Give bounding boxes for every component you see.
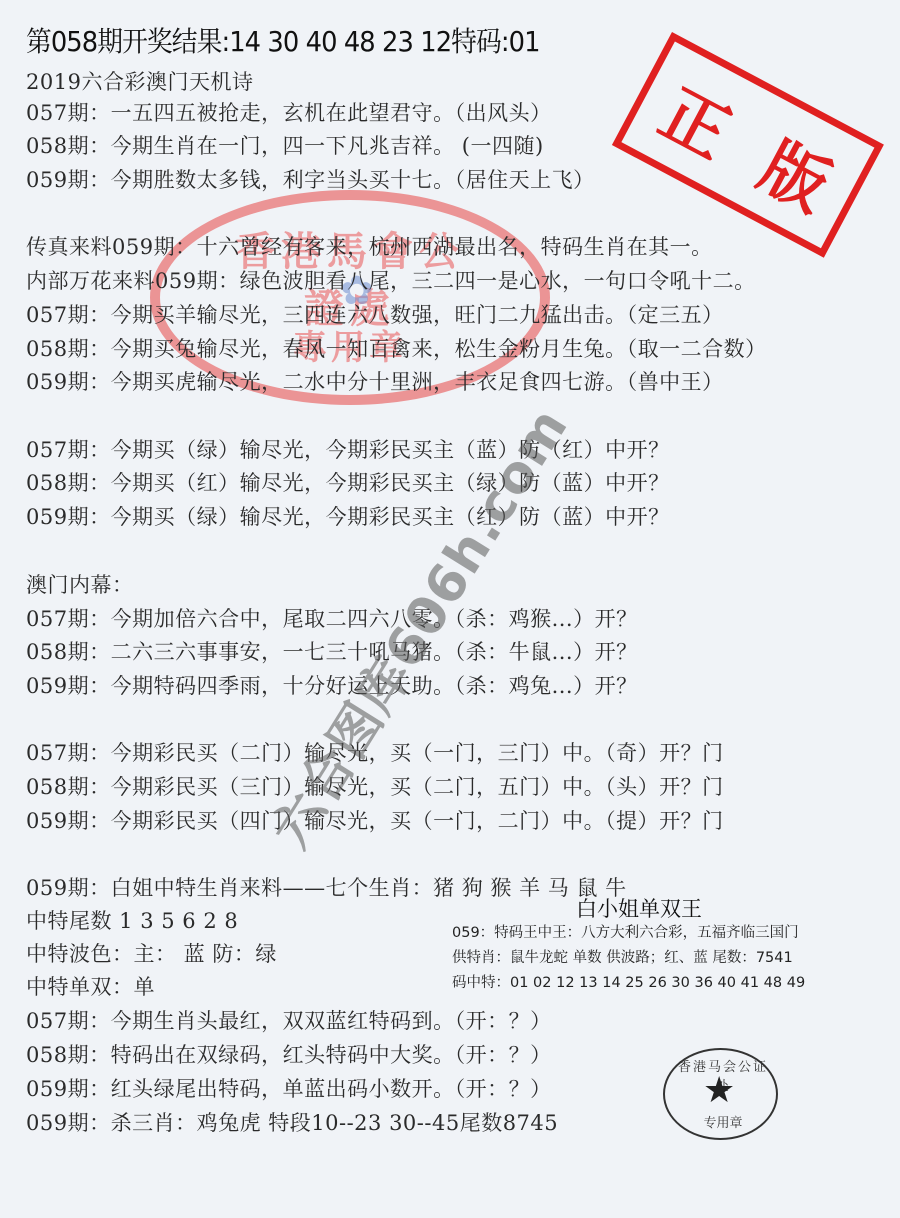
insider-line: 059期：今期特码四季雨，十分好运上天助。（杀：鸡兔...）开？ [26, 670, 638, 700]
fax-line: 内部万花来料059期：绿色波胆看八尾，三二四一是心水，一句口令吼十二。 [26, 265, 756, 295]
odd-even: 中特单双：单 [26, 971, 155, 1001]
star-icon: ★ [703, 1070, 735, 1111]
stamp-char-2: 版 [746, 114, 849, 229]
door-line: 059期：今期彩民买（四门）输尽光，买（一门，二门）中。（提）开？门 [26, 805, 724, 835]
zodiac-line: 059期：白姐中特生肖来料——七个生肖：猪 狗 猴 羊 马 鼠 牛 [26, 872, 627, 902]
insider-title: 澳门内幕： [26, 569, 134, 599]
black-seal-stamp: 香港马会公证处 ★ 专用章 [663, 1048, 778, 1140]
fax-line: 058期：今期买兔输尽光，春风一知百禽来，松生金粉月生兔。（取一二合数） [26, 333, 767, 363]
baixiaojie-line: 码中特：01 02 12 13 14 25 26 30 36 40 41 48 … [452, 971, 805, 992]
color-line: 057期：今期买（绿）输尽光，今期彩民买主（蓝）防（红）中开？ [26, 434, 670, 464]
color-line: 058期：今期买（红）输尽光，今期彩民买主（绿）防（蓝）中开？ [26, 467, 670, 497]
insider-line: 057期：今期加倍六合中，尾取二四六八零。（杀：鸡猴...）开？ [26, 603, 638, 633]
tail-numbers: 中特尾数 1 3 5 6 2 8 [26, 905, 238, 935]
final-line: 058期：特码出在双绿码，红头特码中大奖。（开：？） [26, 1039, 552, 1069]
poem-title: 2019六合彩澳门天机诗 [26, 66, 253, 96]
door-line: 057期：今期彩民买（二门）输尽光，买（一门，三门）中。（奇）开？门 [26, 737, 724, 767]
final-line: 059期：杀三肖：鸡兔虎 特段10--23 30--45尾数8745 [26, 1107, 558, 1137]
authentic-stamp: 正 版 [612, 32, 884, 258]
baixiaojie-line: 供特肖：鼠牛龙蛇 单数 供波路；红、蓝 尾数：7541 [452, 946, 793, 967]
poem-line: 057期：一五四五被抢走，玄机在此望君守。（出风头） [26, 97, 552, 127]
final-line: 059期：红头绿尾出特码，单蓝出码小数开。（开：？） [26, 1073, 552, 1103]
stamp-char-1: 正 [647, 61, 750, 176]
black-seal-bottom-text: 专用章 [695, 1112, 751, 1131]
poem-line: 058期：今期生肖在一门，四一下凡兆吉祥。 (一四随) [26, 130, 544, 160]
draw-result-headline: 第058期开奖结果:14 30 40 48 23 12特码:01 [26, 20, 540, 60]
final-line: 057期：今期生肖头最红，双双蓝红特码到。（开：？） [26, 1005, 552, 1035]
baixiaojie-title: 白小姐单双王 [576, 893, 702, 923]
insider-line: 058期：二六三六事事安，一七三十吼马猪。（杀：牛鼠...）开？ [26, 636, 638, 666]
door-line: 058期：今期彩民买（三门）输尽光，买（二门，五门）中。（头）开？门 [26, 771, 724, 801]
poem-line: 059期：今期胜数太多钱，利字当头买十七。（居住天上飞） [26, 164, 595, 194]
fax-line: 传真来料059期：十六曾经有客来，杭州西湖最出名，特码生肖在其一。 [26, 231, 713, 261]
baixiaojie-line: 059：特码王中王：八方大利六合彩，五福齐临三国门 [452, 921, 799, 942]
fax-line: 059期：今期买虎输尽光，二水中分十里洲，丰衣足食四七游。（兽中王） [26, 366, 724, 396]
fax-line: 057期：今期买羊输尽光，三四连六八数强，旺门二九猛出击。（定三五） [26, 299, 724, 329]
color-line: 059期：今期买（绿）输尽光，今期彩民买主（红）防（蓝）中开？ [26, 501, 670, 531]
lottery-poster: 第058期开奖结果:14 30 40 48 23 12特码:01 正 版 香港馬… [0, 0, 900, 1218]
wave-color: 中特波色：主： 蓝 防：绿 [26, 938, 277, 968]
